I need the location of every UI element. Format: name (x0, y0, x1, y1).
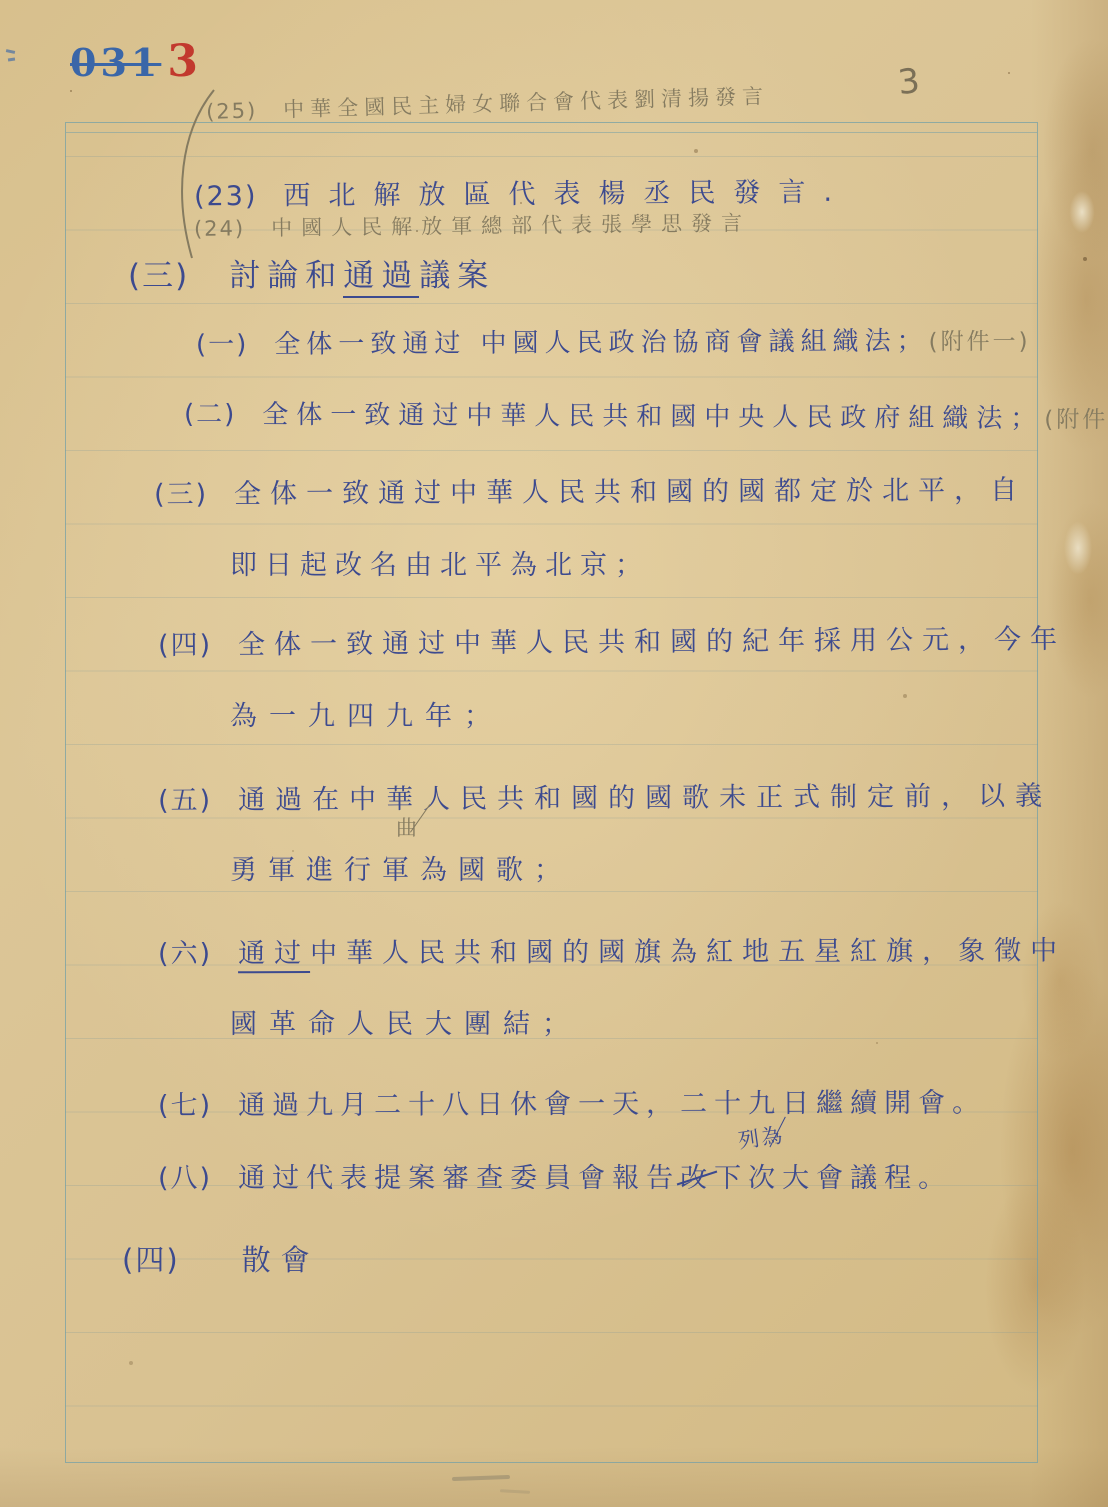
item-marker: (四) (158, 623, 212, 662)
resolution-line-4a: (四)全体一致通过中華人民共和國的紀年採用公元，今年 (158, 617, 1066, 662)
section-adjourn: (四)散會 (122, 1238, 320, 1279)
heading-text-underlined: 通過 (343, 258, 419, 298)
edge-mark (6, 49, 15, 54)
resolution-line-3b: 即日起改名由北平為北京； (230, 543, 650, 582)
item-marker: (三) (154, 472, 208, 511)
item-marker: (二) (184, 393, 236, 430)
item-text: 中華全國民主婦女聯合會代表劉清揚發言 (283, 84, 769, 122)
item-text: 中華人民共和國的國旗為紅地五星紅旗，象徵中 (310, 935, 1066, 969)
resolution-line-4b: 為一九四九年； (230, 694, 503, 733)
edge-mark (8, 58, 15, 62)
heading-text-post: 議案 (419, 258, 495, 294)
resolution-line-8: (八)通过代表提案審查委員會報告改下次大會議程。 (158, 1156, 952, 1195)
section-marker: (四) (122, 1238, 180, 1279)
resolution-line-7: (七)通過九月二十八日休會一天，二十九日繼續開會。 (158, 1081, 986, 1123)
manuscript-page: 0313 3 (25)中華全國民主婦女聯合會代表劉清揚發言 (23)西北解放區代… (0, 0, 1108, 1507)
item-text-post: 下次大會議程。 (714, 1163, 952, 1194)
item-text-pre: 勇軍進行 (230, 855, 382, 886)
resolution-line-3a: (三)全体一致通过中華人民共和國的國都定於北平，自 (154, 468, 1026, 512)
item-marker: (25) (206, 98, 258, 123)
attachment-note-1: (附件一) (929, 329, 1031, 356)
item-marker: (23) (194, 181, 258, 212)
item-text: 為一九四九年； (230, 701, 503, 732)
ink-insertion-agenda: 列為 (736, 1119, 786, 1155)
item-text: 西北解放區代表楊丞民發言. (283, 177, 850, 212)
item-marker: (六) (158, 931, 212, 970)
item-marker: (五) (158, 778, 212, 817)
margin-line-23: (23)西北解放區代表楊丞民發言. (194, 170, 850, 214)
section-discuss-heading: (三)討論和通過議案 (128, 250, 495, 295)
item-text-post: 軍為國歌； (382, 855, 572, 886)
bottom-smudge (452, 1475, 510, 1481)
resolution-line-5a: (五)通過在中華人民共和國的國歌未正式制定前，以義 (158, 774, 1052, 818)
resolution-line-2: (二)全体一致通过中華人民共和國中央人民政府組織法；(附件二) (184, 393, 1108, 435)
item-text-struck: 改 (680, 1163, 714, 1194)
pencil-insertion-anthem: 曲 (396, 812, 419, 842)
item-marker: (一) (196, 324, 248, 361)
item-text: 全体一致通过中華人民共和國的國都定於北平，自 (234, 475, 1026, 510)
item-marker: (24) (194, 216, 245, 241)
item-text: 全体一致通过 中國人民政治協商會議組織法； (274, 326, 928, 359)
section-marker: (三) (128, 250, 189, 295)
bottom-smudge (500, 1489, 530, 1494)
item-text: 即日起改名由北平為北京； (230, 550, 650, 581)
resolution-line-6a: (六)通过中華人民共和國的國旗為紅地五星紅旗，象徵中 (158, 928, 1066, 970)
item-text-underlined: 通过 (238, 938, 310, 973)
struck-archive-number: 031 (70, 40, 161, 85)
item-text: 全体一致通过中華人民共和國中央人民政府組織法； (262, 400, 1044, 434)
margin-line-25: (25)中華全國民主婦女聯合會代表劉清揚發言 (206, 80, 770, 126)
resolution-line-1: (一)全体一致通过 中國人民政治協商會議組織法；(附件一) (196, 320, 1031, 361)
margin-line-24: (24)中國人民解放軍總部代表張學思發言 (194, 207, 751, 243)
item-marker: (七) (158, 1083, 212, 1122)
attachment-note-2: (附件二) (1044, 407, 1108, 434)
item-text: 國革命人民大團結； (230, 1009, 581, 1040)
item-text: 通過九月二十八日休會一天，二十九日繼續開會。 (238, 1088, 986, 1122)
item-text: 通過在中華人民共和國的國歌未正式制定前，以義 (238, 781, 1052, 816)
resolution-line-5b: 勇軍進行軍為國歌； (230, 848, 572, 887)
heading-text-pre: 討論和 (229, 258, 343, 294)
page-number: 3 (896, 61, 922, 103)
insertion-text: 曲 (396, 816, 419, 840)
resolution-line-6b: 國革命人民大團結； (230, 1002, 581, 1041)
item-text-pre: 通过代表提案審查委員會報告 (238, 1163, 680, 1194)
item-text: 全体一致通过中華人民共和國的紀年採用公元，今年 (238, 624, 1066, 661)
item-marker: (八) (158, 1156, 212, 1195)
paper-specks (70, 90, 72, 92)
item-text: 中國人民解放軍總部代表張學思發言 (271, 211, 751, 240)
archive-stamp-row: 0313 (70, 36, 198, 87)
section-title: 散會 (242, 1243, 320, 1277)
red-archive-number: 3 (167, 36, 198, 87)
